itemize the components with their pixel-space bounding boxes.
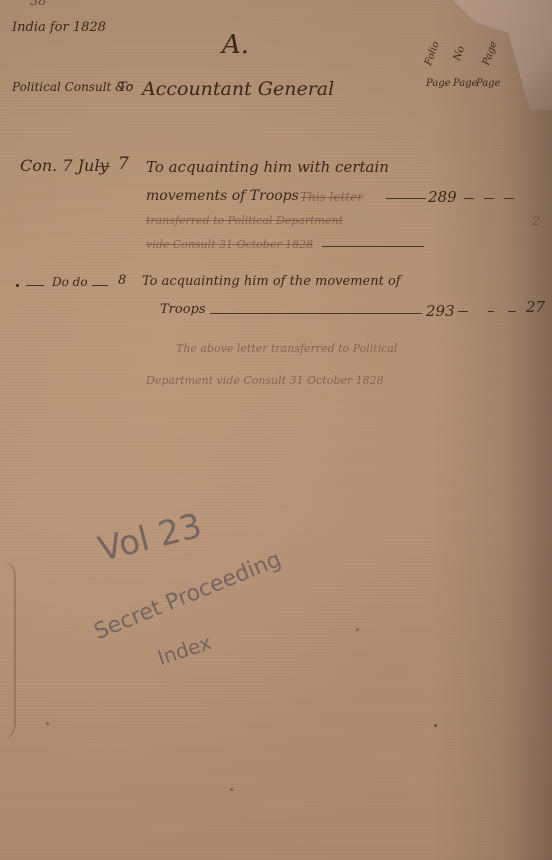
heading-title: Accountant General bbox=[142, 78, 334, 100]
struck-note-line2: transferred to Political Department bbox=[146, 214, 343, 227]
dash bbox=[464, 198, 474, 199]
dash bbox=[508, 311, 516, 312]
entry-number: 7 bbox=[118, 154, 129, 174]
entry-date: Do do bbox=[52, 275, 88, 289]
column-subheader-1: Page bbox=[426, 78, 451, 89]
entry-page: 293 bbox=[426, 302, 455, 320]
page-edge-shadow bbox=[432, 0, 552, 860]
speck bbox=[356, 628, 359, 631]
entry-margin-number: 2 bbox=[532, 214, 540, 229]
heading-to: To bbox=[118, 80, 134, 95]
dash bbox=[484, 198, 494, 199]
leader-line bbox=[210, 313, 422, 314]
entry-page: 289 bbox=[428, 188, 457, 206]
column-subheader-2: Page bbox=[453, 78, 478, 89]
pencil-volume: Vol 23 bbox=[94, 506, 206, 570]
column-subheader-3: Page bbox=[476, 78, 501, 89]
section-letter: A. bbox=[222, 30, 249, 60]
dash bbox=[504, 198, 514, 199]
corner-mark: 38 bbox=[30, 0, 47, 9]
document-page: 38 India for 1828 A. Political Consult &… bbox=[0, 0, 552, 860]
dash bbox=[26, 285, 44, 286]
leader-line bbox=[386, 198, 426, 199]
speck bbox=[46, 722, 49, 725]
entry-margin-number: 27 bbox=[526, 298, 545, 316]
struck-note-line3: vide Consult 31 October 1828 bbox=[146, 238, 313, 251]
binding-edge bbox=[0, 560, 16, 740]
index-label: India for 1828 bbox=[12, 20, 106, 35]
dash bbox=[458, 311, 468, 312]
heading-left: Political Consult &c bbox=[12, 80, 133, 94]
pencil-index: Index bbox=[155, 630, 215, 670]
dot bbox=[16, 284, 19, 287]
entry-text-line1: To acquainting him of the movement of bbox=[142, 274, 401, 289]
dash bbox=[488, 311, 494, 312]
speck bbox=[434, 724, 437, 727]
entry-text-line2: movements of Troops bbox=[146, 188, 299, 204]
entry-number: 8 bbox=[118, 273, 126, 288]
entry-text-line2: Troops bbox=[160, 302, 206, 317]
transfer-note-line2: Department vide Consult 31 October 1828 bbox=[146, 374, 384, 387]
struck-note-line1: This letter bbox=[300, 190, 363, 204]
dash bbox=[96, 166, 110, 167]
end-rule bbox=[322, 246, 424, 247]
transfer-note-line1: The above letter transferred to Politica… bbox=[176, 342, 397, 355]
dash bbox=[92, 285, 108, 286]
speck bbox=[230, 788, 233, 791]
entry-text-line1: To acquainting him with certain bbox=[146, 158, 389, 176]
